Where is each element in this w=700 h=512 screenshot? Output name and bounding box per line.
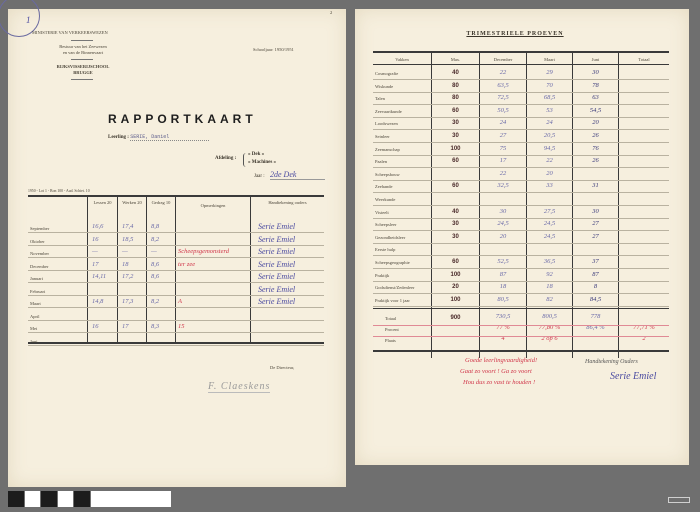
juni-score: 87 [573, 271, 618, 278]
col-header-werken: Werken 20 [118, 200, 146, 205]
parent-signature: Serie Emiel [258, 222, 295, 231]
red-note-3: Hou dus zo vast te houden ! [463, 379, 535, 386]
col-header-lessen: Lessen 20 [88, 200, 117, 205]
maart-score: 70 [527, 82, 572, 89]
month-label: Mei [30, 326, 37, 331]
bureau-line-1: Bestuur van het Zeewezen [38, 44, 128, 49]
month-label: September [30, 226, 49, 231]
max-score: 20 [432, 284, 479, 290]
gedrag-grade: 8,6 [151, 261, 159, 268]
juni-score: 30 [573, 208, 618, 215]
bureau-line-2: en van de Binnenvaart [38, 50, 128, 55]
december-score: 22 [480, 170, 526, 177]
max-score: 30 [432, 133, 479, 139]
december-score: 87 [480, 271, 526, 278]
maart-score: 18 [527, 283, 572, 290]
maart-score: 27,5 [527, 208, 572, 215]
subject-label: Gezondheidsleer [375, 235, 430, 240]
month-label: Februari [30, 289, 45, 294]
gedrag-grade: 8,2 [151, 236, 159, 243]
scale-marker [668, 497, 690, 503]
red-note-2: Gaat zo voort ! Ga zo voort [460, 368, 532, 375]
totals-label: Totaal [385, 316, 396, 321]
subject-label: Scheepsleer [375, 222, 430, 227]
december-score: 22 [480, 69, 526, 76]
juni-score: 30 [573, 69, 618, 76]
col-header-totaal: Totaal [619, 57, 669, 62]
maart-score: 94,5 [527, 145, 572, 152]
gedrag-grade: 8,2 [151, 298, 159, 305]
col-header-maart: Maart [527, 57, 572, 62]
student-label: Leerling : [108, 135, 129, 140]
subject-label: Zeehande [375, 184, 430, 189]
max-score: 60 [432, 108, 479, 114]
december-score: 32,5 [480, 182, 526, 189]
werken-grade: 17,2 [122, 273, 133, 280]
juni-score: 27 [573, 220, 618, 227]
subject-label: Loodswezen [375, 121, 430, 126]
gedrag-grade: 8,8 [151, 223, 159, 230]
totals-maart: 800,5 [527, 313, 572, 320]
juni-score: 78 [573, 82, 618, 89]
parent-signature: Serie Emiel [258, 272, 295, 281]
swatch-black-2 [41, 491, 57, 507]
maart-score: 92 [527, 271, 572, 278]
month-label: Juni [30, 339, 38, 344]
lessen-grade: 14,11 [92, 273, 106, 280]
student-field: Leerling : SERIE, Daniel [108, 134, 209, 140]
student-value: SERIE, Daniel [130, 134, 209, 141]
subject-label: Scheepsbouw [375, 172, 430, 177]
col-header-gedrag: Gedrag 10 [147, 200, 175, 205]
month-label: Januari [30, 276, 43, 281]
max-score: 100 [432, 146, 479, 152]
parent-signature: Serie Emiel [610, 371, 656, 382]
werken-grade: 17,4 [122, 223, 133, 230]
lessen-grade: — [92, 248, 98, 255]
max-score: 100 [432, 272, 479, 278]
maart-score: 24,5 [527, 220, 572, 227]
folio-mark: 1 [26, 15, 31, 25]
totals-juni: 778 [573, 313, 618, 320]
parent-signature: Serie Emiel [258, 235, 295, 244]
school-year-label: Schooljaar: [253, 47, 274, 52]
subject-label: Visteelt [375, 210, 430, 215]
month-label: Maart [30, 301, 41, 306]
totals-max: 900 [432, 315, 479, 321]
red-note-1: Goede leerlingvaardigheid! [465, 357, 537, 364]
maart-score: 29 [527, 69, 572, 76]
subject-label: Paalen [375, 159, 430, 164]
trimester-title: TRIMESTRIELE PROEVEN [435, 31, 595, 37]
maart-score: 53 [527, 107, 572, 114]
school-name-2: BRUGGE [38, 70, 128, 75]
juni-score: 31 [573, 182, 618, 189]
department-option-machines: « Machines » [248, 160, 276, 165]
subject-label: Weerkunde [375, 197, 430, 202]
december-score: 27 [480, 132, 526, 139]
werken-grade: 17,3 [122, 298, 133, 305]
max-score: 30 [432, 234, 479, 240]
director-signature: F. Claeskens [208, 381, 270, 393]
parent-label: Handtekening Ouders [585, 359, 638, 365]
school-year-value: 1950/1951 [275, 47, 294, 52]
swatch-black-1 [8, 491, 24, 507]
right-page-trimester-tests: TRIMESTRIELE PROEVEN Vakken Max. Decembe… [355, 9, 689, 465]
subject-label: Praktijk voor 1 jaar [375, 298, 430, 303]
max-score: 30 [432, 221, 479, 227]
december-score: 18 [480, 283, 526, 290]
december-score: 24,5 [480, 220, 526, 227]
max-score: 80 [432, 95, 479, 101]
corner-mark: 2 [330, 10, 332, 15]
juni-score: 26 [573, 157, 618, 164]
subject-label: Wiskunde [375, 84, 430, 89]
maart-score: 36,5 [527, 258, 572, 265]
subject-label: Seinleer [375, 134, 430, 139]
month-label: November [30, 251, 49, 256]
lessen-grade: 16 [92, 323, 99, 330]
month-label: April [30, 314, 40, 319]
december-score: 75 [480, 145, 526, 152]
december-score: 24 [480, 119, 526, 126]
swatch-black-3 [74, 491, 90, 507]
gedrag-grade: — [151, 248, 157, 255]
max-score: 100 [432, 297, 479, 303]
col-header-juni: Juni [573, 57, 618, 62]
december-score: 72,5 [480, 94, 526, 101]
max-score: 40 [432, 209, 479, 215]
lessen-grade: 17 [92, 261, 99, 268]
school-year: Schooljaar: 1950/1951 [253, 47, 294, 52]
col-header-december: December [480, 57, 526, 62]
col-header-handtekening: Handtekening ouders [251, 200, 324, 205]
werken-grade: 18 [122, 261, 129, 268]
opmerking-note: Scheepsgemonsterd [178, 248, 229, 255]
parent-signature: Serie Emiel [258, 285, 295, 294]
juni-score: 37 [573, 258, 618, 265]
december-score: 30 [480, 208, 526, 215]
december-score: 52,5 [480, 258, 526, 265]
subject-label: Godsdienst/Zedenleer [375, 285, 430, 290]
swatch-white-2 [58, 491, 73, 507]
lessen-grade: 16,6 [92, 223, 103, 230]
gedrag-grade: 8,3 [151, 323, 159, 330]
juni-score: 8 [573, 283, 618, 290]
col-header-vakken: Vakken [373, 57, 431, 62]
subject-label: Talen [375, 96, 430, 101]
ministry-header: MINISTERIE VAN VERKEERSWEZEN [32, 30, 108, 35]
col-header-opmerkingen: Opmerkingen [176, 203, 250, 208]
december-score: 80,5 [480, 296, 526, 303]
swatch-white-3 [91, 491, 171, 507]
max-score: 60 [432, 183, 479, 189]
parent-signature: Serie Emiel [258, 260, 295, 269]
totals-december: 730,5 [480, 313, 526, 320]
werken-grade: 18,5 [122, 236, 133, 243]
year-value: 2de Dek [270, 170, 325, 180]
juni-score: 26 [573, 132, 618, 139]
lessen-grade: 16 [92, 236, 99, 243]
col-header-max: Max. [432, 57, 479, 62]
totals-label: Procent [385, 327, 399, 332]
subject-label: Cosmografie [375, 71, 430, 76]
juni-score: 54,5 [573, 107, 618, 114]
swatch-white-1 [25, 491, 40, 507]
subject-label: Zeemanschap [375, 147, 430, 152]
december-score: 20 [480, 233, 526, 240]
totals-label: Plaats [385, 338, 396, 343]
opmerking-note: ter zee [178, 261, 195, 268]
print-note: 1950 - Lot 1 - Bon 100 - Aud. Schiet. 10 [28, 189, 90, 193]
juni-score: 84,5 [573, 296, 618, 303]
maart-score: 24,5 [527, 233, 572, 240]
juni-score: 76 [573, 145, 618, 152]
left-page-report-card: 1 2 MINISTERIE VAN VERKEERSWEZEN Bestuur… [8, 9, 346, 487]
month-label: Oktober [30, 239, 45, 244]
opmerking-note: 15 [178, 323, 185, 330]
max-score: 40 [432, 70, 479, 76]
subject-label: Scheepsgeographie [375, 260, 430, 265]
juni-score: 27 [573, 233, 618, 240]
subject-label: Eerste hulp [375, 247, 430, 252]
werken-grade: 17 [122, 323, 129, 330]
month-label: December [30, 264, 49, 269]
lessen-grade: 14,8 [92, 298, 103, 305]
december-score: 50,5 [480, 107, 526, 114]
maart-score: 22 [527, 157, 572, 164]
department-option-dek: « Dek » [248, 152, 264, 157]
school-name-1: RIJKSVISSERIJSCHOOL [38, 64, 128, 69]
gedrag-grade: 8,6 [151, 273, 159, 280]
subject-label: Zeevaartkunde [375, 109, 430, 114]
december-score: 17 [480, 157, 526, 164]
document-title: RAPPORTKAART [108, 112, 257, 126]
year-label: Jaar : [254, 174, 265, 179]
max-score: 30 [432, 120, 479, 126]
max-score: 60 [432, 259, 479, 265]
juni-score: 20 [573, 119, 618, 126]
director-label: De Directeur, [270, 365, 294, 370]
maart-score: 20,5 [527, 132, 572, 139]
maart-score: 82 [527, 296, 572, 303]
maart-score: 24 [527, 119, 572, 126]
werken-grade: — [122, 248, 128, 255]
juni-score: 63 [573, 94, 618, 101]
max-score: 60 [432, 158, 479, 164]
parent-signature: Serie Emiel [258, 247, 295, 256]
parent-signature: Serie Emiel [258, 297, 295, 306]
december-score: 63,5 [480, 82, 526, 89]
subject-label: Praktijk [375, 273, 430, 278]
maart-score: 68,5 [527, 94, 572, 101]
maart-score: 33 [527, 182, 572, 189]
max-score: 80 [432, 83, 479, 89]
maart-score: 20 [527, 170, 572, 177]
opmerking-note: A [178, 298, 182, 305]
department-label: Afdeling : [215, 156, 236, 161]
